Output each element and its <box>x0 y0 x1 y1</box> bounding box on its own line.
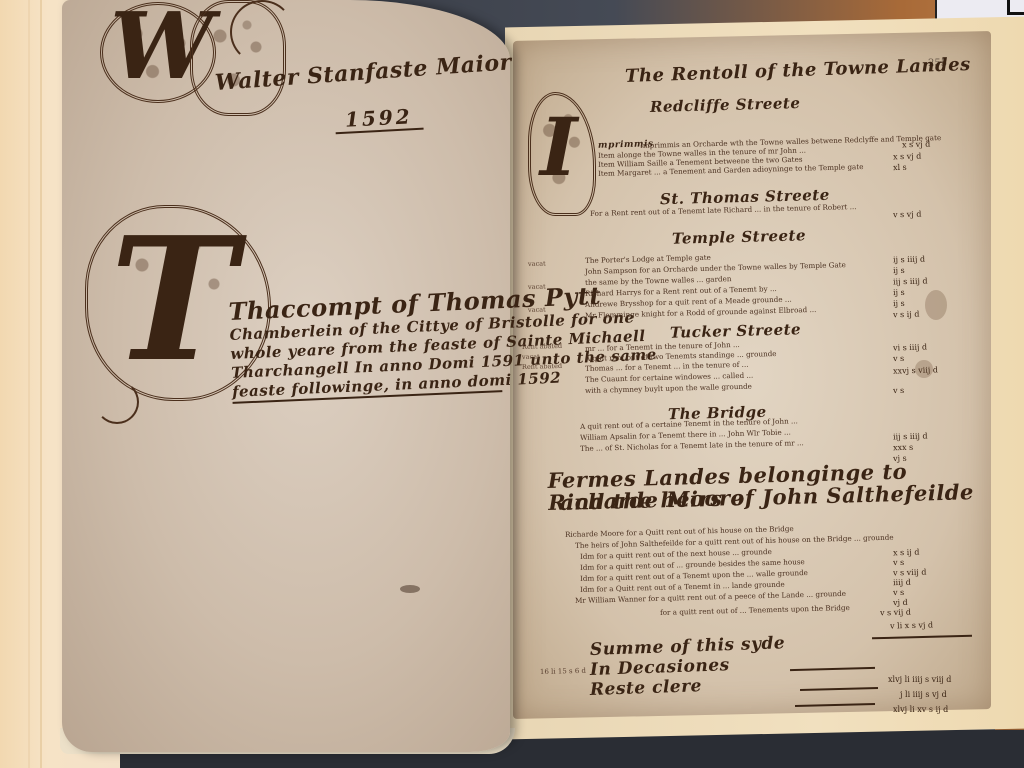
paper-stain <box>925 290 947 320</box>
mount-fold-line <box>40 0 42 768</box>
amount: v s viij d <box>893 568 927 578</box>
margin-note: Rent abated <box>522 362 562 371</box>
amount: v s <box>893 558 904 567</box>
paper-stain <box>915 360 933 378</box>
flourish-ornament <box>230 0 294 64</box>
mayor-year: 1592 <box>334 104 423 135</box>
margin-note: Rent abated <box>522 342 562 351</box>
amount: vj d <box>893 598 908 607</box>
summary-line: Reste clere <box>590 676 703 700</box>
amount: x s vj d <box>902 140 931 150</box>
amount: v s <box>893 386 904 395</box>
section-heading-temple: Temple Streete <box>672 226 806 248</box>
amount: ij s <box>893 299 905 308</box>
amount: iij s iiij d <box>893 432 928 442</box>
amount: xl s <box>893 163 907 172</box>
amount: iij s iiij d <box>893 277 928 287</box>
amount: ij s <box>893 266 905 275</box>
section-heading-tucker: Tucker Streete <box>670 320 802 341</box>
label-card-mark <box>1007 0 1024 15</box>
margin-note: vacat <box>528 283 546 291</box>
margin-note: vacat <box>522 353 540 361</box>
summary-amount: xlvj li xv s ij d <box>893 705 948 714</box>
account-heading: Thaccompt of Thomas Pytt Chamberlein of … <box>228 286 502 404</box>
flourish-ornament <box>95 380 139 424</box>
amount: vi s iiij d <box>893 343 927 353</box>
mount-fold-line <box>28 0 30 768</box>
amount: x s vj d <box>893 152 922 162</box>
margin-note: vacat <box>528 260 546 268</box>
amount: v s <box>893 354 904 363</box>
ink-blot <box>400 585 420 593</box>
amount: v s ij d <box>893 310 920 320</box>
amount: iiij d <box>893 578 911 587</box>
amount: ij s <box>893 288 905 297</box>
summary-amount: j li iiij s vj d <box>900 690 947 699</box>
summary-margin-note: 16 li 15 s 6 d <box>540 667 586 676</box>
amount: ij s iiij d <box>893 255 925 265</box>
amount: v s vj d <box>893 210 922 220</box>
margin-note: vacat <box>528 306 546 314</box>
amount: xxx s <box>893 443 913 453</box>
initial-letter-t: T <box>110 200 237 400</box>
amount: v s vij d <box>880 608 911 618</box>
amount: v s <box>893 588 904 597</box>
summary-amount: xlvj li iiij s viij d <box>888 675 951 684</box>
amount: x s ij d <box>893 548 920 558</box>
ferme-total: v li x s vj d <box>890 620 933 630</box>
initial-letter-i: I <box>540 100 577 194</box>
